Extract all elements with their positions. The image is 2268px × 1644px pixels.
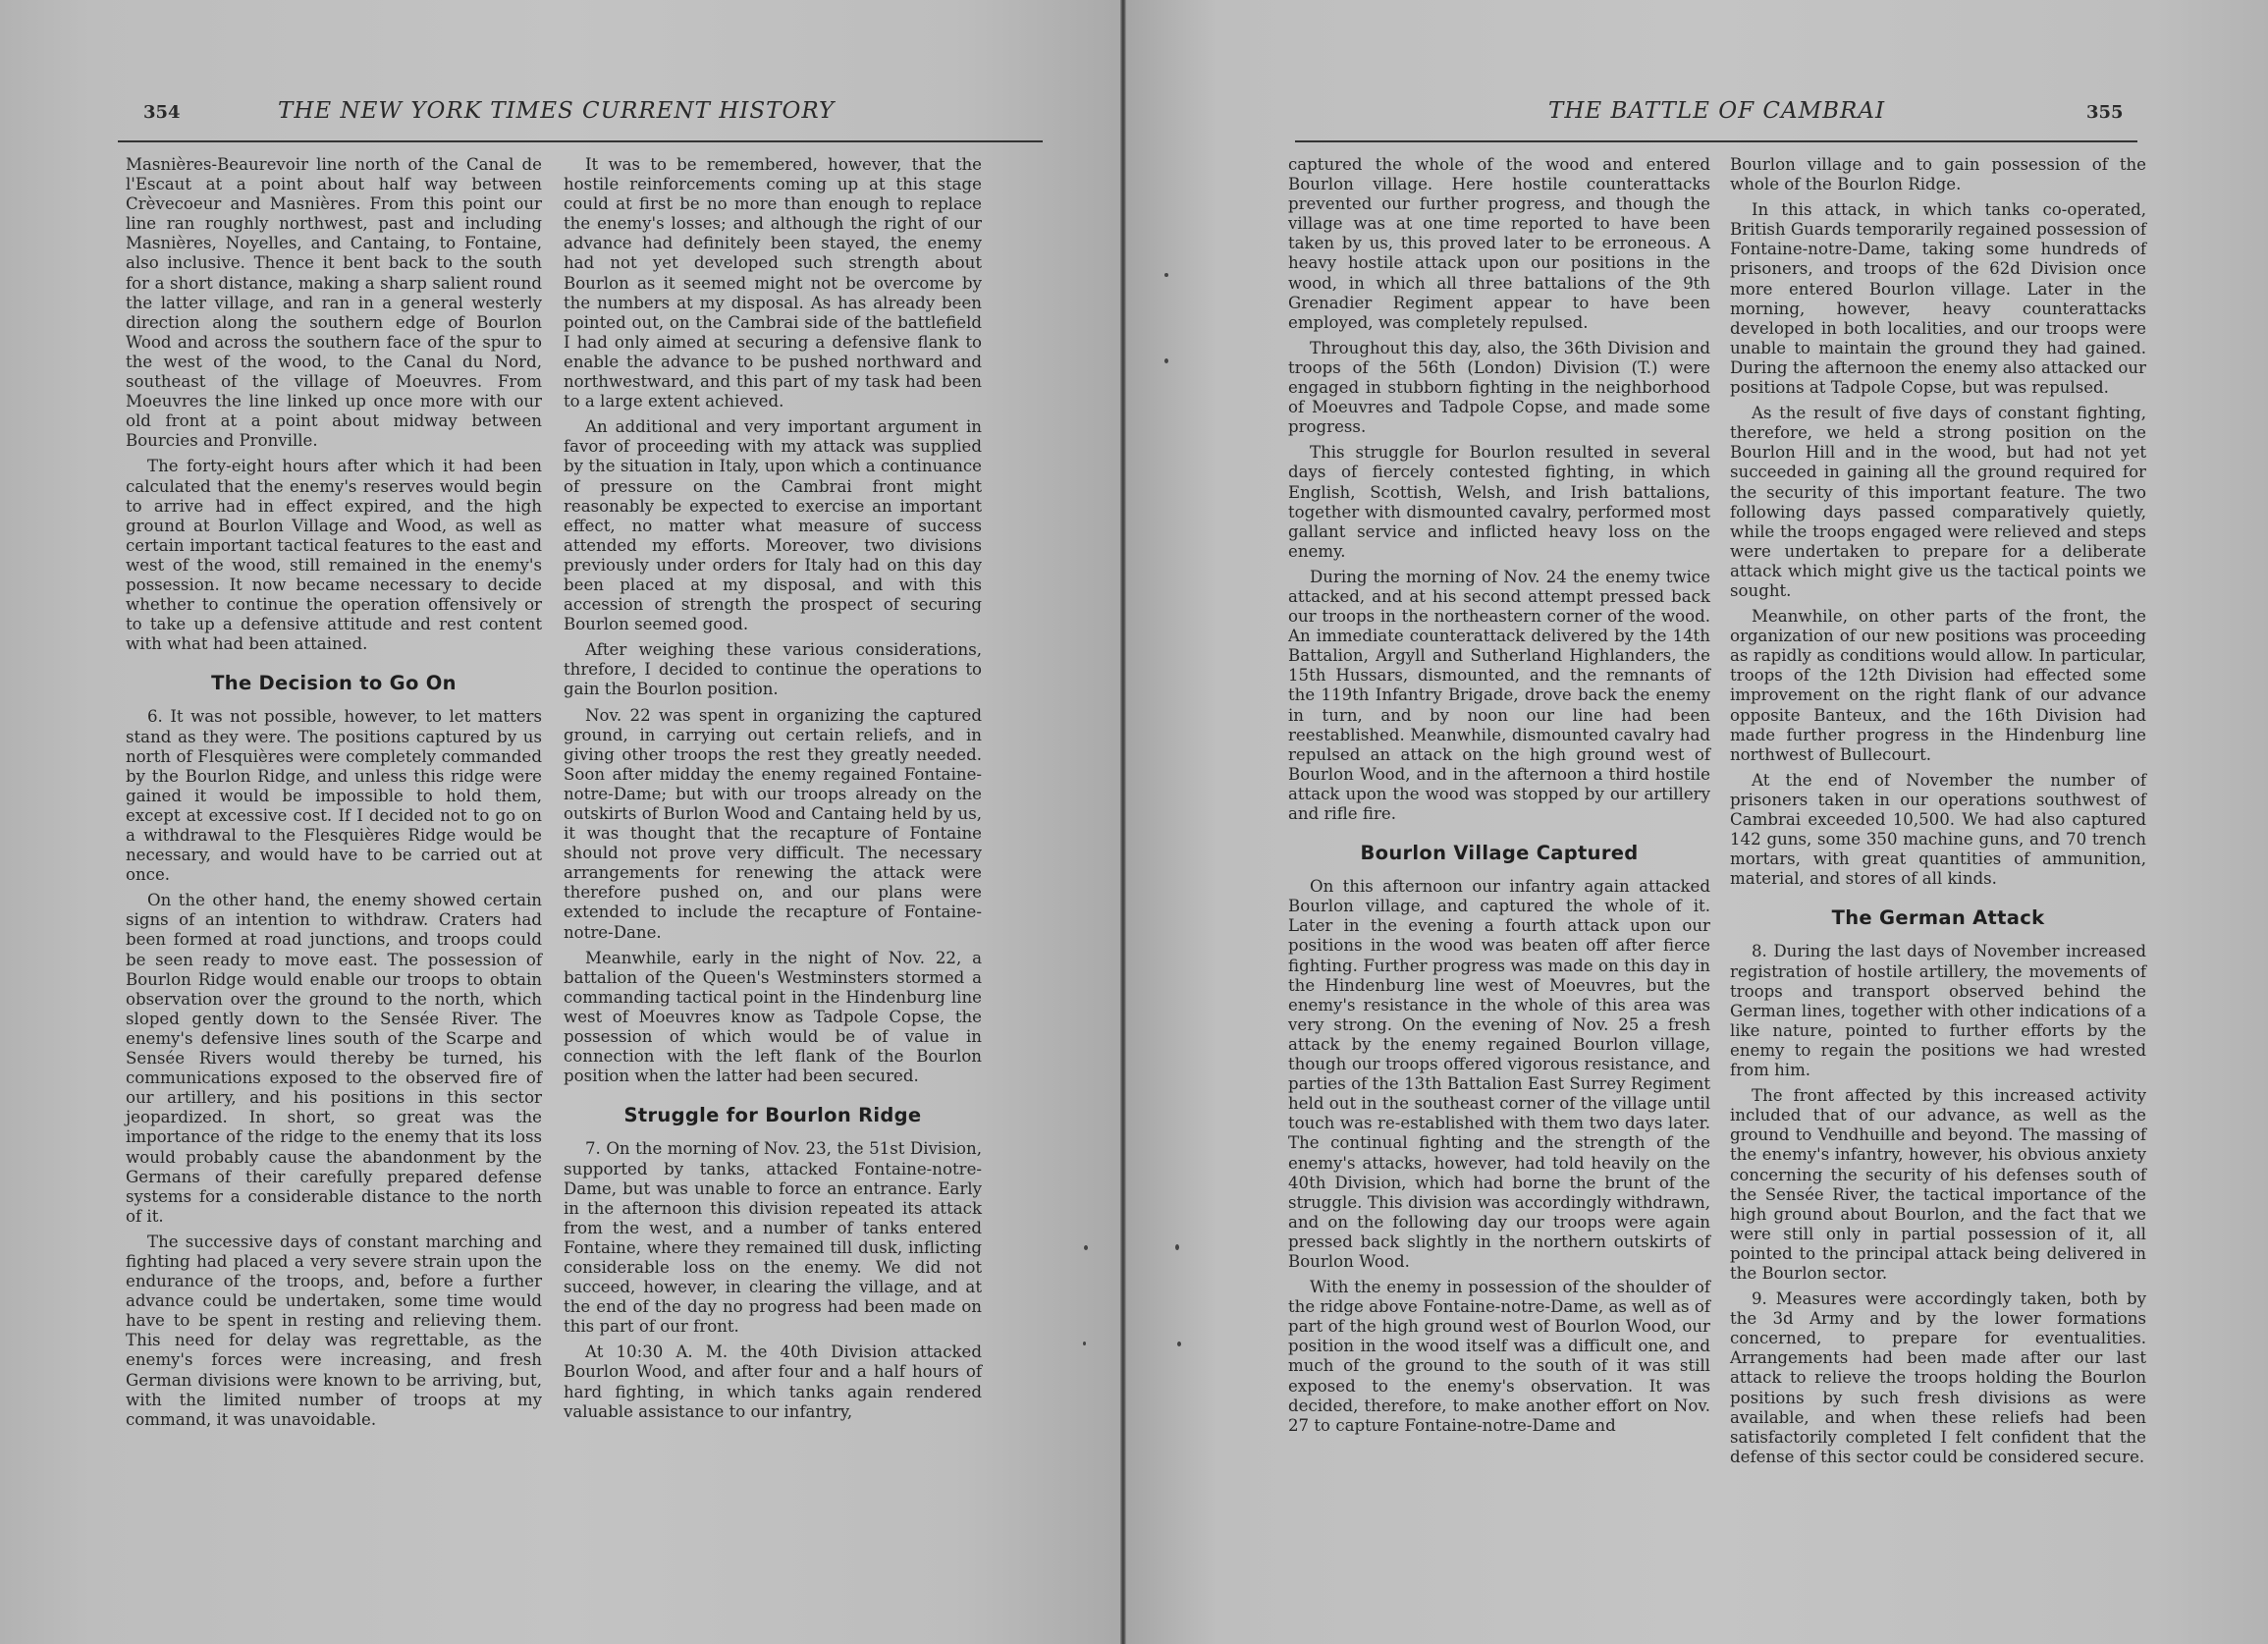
paragraph: This struggle for Bourlon resulted in se… xyxy=(1288,443,1710,562)
paragraph: During the morning of Nov. 24 the enemy … xyxy=(1288,568,1710,824)
text-column: captured the whole of the wood and enter… xyxy=(1288,155,1710,1442)
section-heading: Bourlon Village Captured xyxy=(1288,844,1710,863)
running-head: THE BATTLE OF CAMBRAI xyxy=(1548,98,1885,132)
paper-speck xyxy=(1084,1245,1088,1250)
paragraph: Meanwhile, early in the night of Nov. 22… xyxy=(564,949,982,1087)
paragraph: On this afternoon our infantry again att… xyxy=(1288,877,1710,1272)
paper-speck xyxy=(1083,1342,1086,1345)
header-rule xyxy=(1295,140,2137,142)
paragraph: The successive days of constant marching… xyxy=(126,1233,542,1430)
paper-speck xyxy=(1175,1244,1179,1250)
paragraph: Meanwhile, on other parts of the front, … xyxy=(1730,607,2146,765)
paragraph: captured the whole of the wood and enter… xyxy=(1288,155,1710,333)
paragraph: After weighing these various considerati… xyxy=(564,640,982,699)
paragraph: In this attack, in which tanks co-operat… xyxy=(1730,200,2146,398)
paragraph: Masnières-Beaurevoir line north of the C… xyxy=(126,155,542,451)
section-heading: The Decision to Go On xyxy=(126,674,542,693)
paragraph: Throughout this day, also, the 36th Divi… xyxy=(1288,339,1710,437)
paper-speck xyxy=(1164,273,1168,277)
paragraph: Bourlon village and to gain possession o… xyxy=(1730,155,2146,194)
text-column: Bourlon village and to gain possession o… xyxy=(1730,155,2146,1473)
paragraph: Nov. 22 was spent in organizing the capt… xyxy=(564,706,982,943)
paragraph: On the other hand, the enemy showed cert… xyxy=(126,891,542,1227)
paper-speck xyxy=(1177,1342,1181,1346)
right-page: THE BATTLE OF CAMBRAI 355 captured the w… xyxy=(1126,0,2268,1644)
section-heading: Struggle for Bourlon Ridge xyxy=(564,1106,982,1125)
running-head: THE NEW YORK TIMES CURRENT HISTORY xyxy=(278,98,835,132)
section-heading: The German Attack xyxy=(1730,908,2146,928)
page-number: 355 xyxy=(2086,102,2124,123)
paragraph: It was to be remembered, however, that t… xyxy=(564,155,982,411)
paragraph: 6. It was not possible, however, to let … xyxy=(126,707,542,885)
paragraph: The front affected by this increased act… xyxy=(1730,1086,2146,1284)
paragraph: 9. Measures were accordingly taken, both… xyxy=(1730,1289,2146,1467)
paragraph: An additional and very important argumen… xyxy=(564,417,982,634)
text-column: Masnières-Beaurevoir line north of the C… xyxy=(126,155,542,1436)
paragraph: With the enemy in possession of the shou… xyxy=(1288,1278,1710,1436)
page-number: 354 xyxy=(143,102,181,123)
paper-speck xyxy=(1164,358,1168,363)
paragraph: 8. During the last days of November incr… xyxy=(1730,942,2146,1080)
paragraph: The forty-eight hours after which it had… xyxy=(126,457,542,654)
paragraph: 7. On the morning of Nov. 23, the 51st D… xyxy=(564,1139,982,1337)
paragraph: At 10:30 A. M. the 40th Division attacke… xyxy=(564,1343,982,1421)
header-rule xyxy=(118,140,1043,142)
left-page: 354 THE NEW YORK TIMES CURRENT HISTORY M… xyxy=(0,0,1124,1644)
paragraph: As the result of five days of constant f… xyxy=(1730,404,2146,601)
text-column: It was to be remembered, however, that t… xyxy=(564,155,982,1428)
paragraph: At the end of November the number of pri… xyxy=(1730,771,2146,890)
